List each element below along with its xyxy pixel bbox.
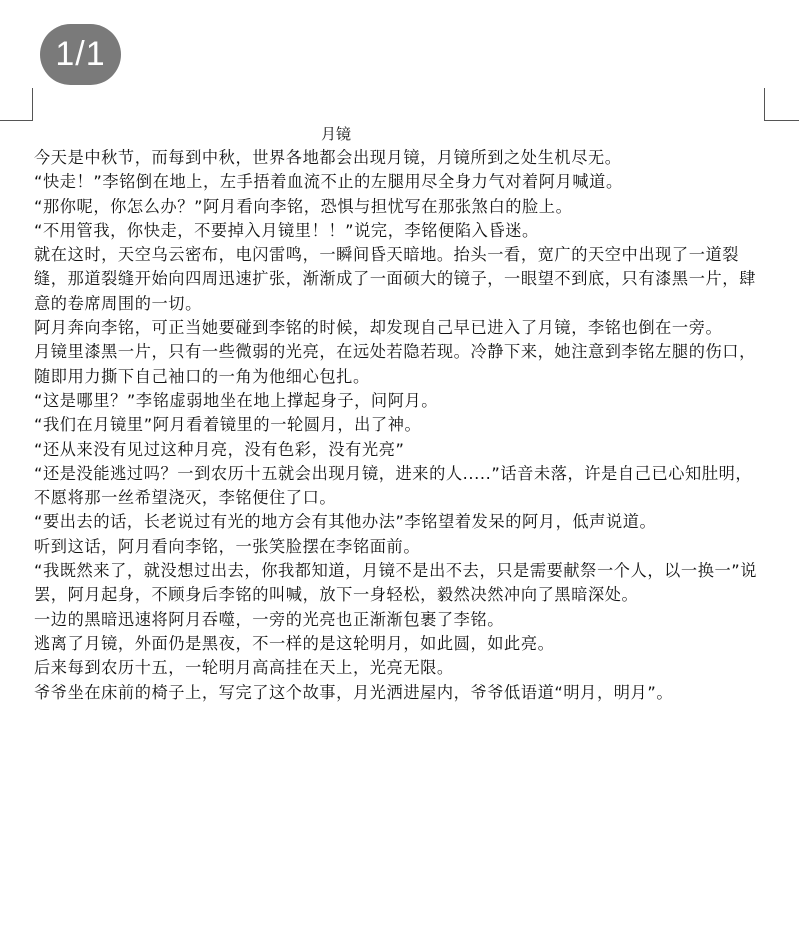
- crop-mark-top-right: [764, 88, 799, 121]
- paragraph: “我们在月镜里”阿月看着镜里的一轮圆月，出了神。: [34, 413, 764, 437]
- paragraph: 月镜里漆黑一片，只有一些微弱的光亮，在远处若隐若现。冷静下来，她注意到李铭左腿的…: [34, 340, 764, 389]
- crop-mark-top-left: [0, 88, 33, 121]
- document-body: 月镜 今天是中秋节，而每到中秋，世界各地都会出现月镜，月镜所到之处生机尽无。 “…: [34, 122, 764, 705]
- page-indicator-badge: 1/1: [40, 24, 121, 85]
- paragraph: “那你呢，你怎么办？”阿月看向李铭，恐惧与担忧写在那张煞白的脸上。: [34, 195, 764, 219]
- paragraph: “还从来没有见过这种月亮，没有色彩，没有光亮”: [34, 438, 764, 462]
- paragraph: “还是没能逃过吗？一到农历十五就会出现月镜，进来的人.....”话音未落，许是自…: [34, 462, 764, 511]
- paragraph: 逃离了月镜，外面仍是黑夜，不一样的是这轮明月，如此圆，如此亮。: [34, 632, 764, 656]
- paragraph: “我既然来了，就没想过出去，你我都知道，月镜不是出不去，只是需要献祭一个人，以一…: [34, 559, 764, 608]
- paragraph: “要出去的话，长老说过有光的地方会有其他办法”李铭望着发呆的阿月，低声说道。: [34, 510, 764, 534]
- paragraph: 爷爷坐在床前的椅子上，写完了这个故事，月光洒进屋内，爷爷低语道“明月，明月”。: [34, 681, 764, 705]
- paragraph: “不用管我，你快走，不要掉入月镜里！！”说完，李铭便陷入昏迷。: [34, 219, 764, 243]
- paragraph: “这是哪里？”李铭虚弱地坐在地上撑起身子，问阿月。: [34, 389, 764, 413]
- paragraph: 阿月奔向李铭，可正当她要碰到李铭的时候，却发现自己早已进入了月镜，李铭也倒在一旁…: [34, 316, 764, 340]
- paragraph: 就在这时，天空乌云密布，电闪雷鸣，一瞬间昏天暗地。抬头一看，宽广的天空中出现了一…: [34, 243, 764, 316]
- paragraph: “快走！”李铭倒在地上，左手捂着血流不止的左腿用尽全身力气对着阿月喊道。: [34, 170, 764, 194]
- paragraph: 今天是中秋节，而每到中秋，世界各地都会出现月镜，月镜所到之处生机尽无。: [34, 146, 764, 170]
- document-title: 月镜: [34, 122, 764, 146]
- paragraph: 听到这话，阿月看向李铭，一张笑脸摆在李铭面前。: [34, 535, 764, 559]
- paragraph: 后来每到农历十五，一轮明月高高挂在天上，光亮无限。: [34, 656, 764, 680]
- paragraph: 一边的黑暗迅速将阿月吞噬，一旁的光亮也正渐渐包裹了李铭。: [34, 608, 764, 632]
